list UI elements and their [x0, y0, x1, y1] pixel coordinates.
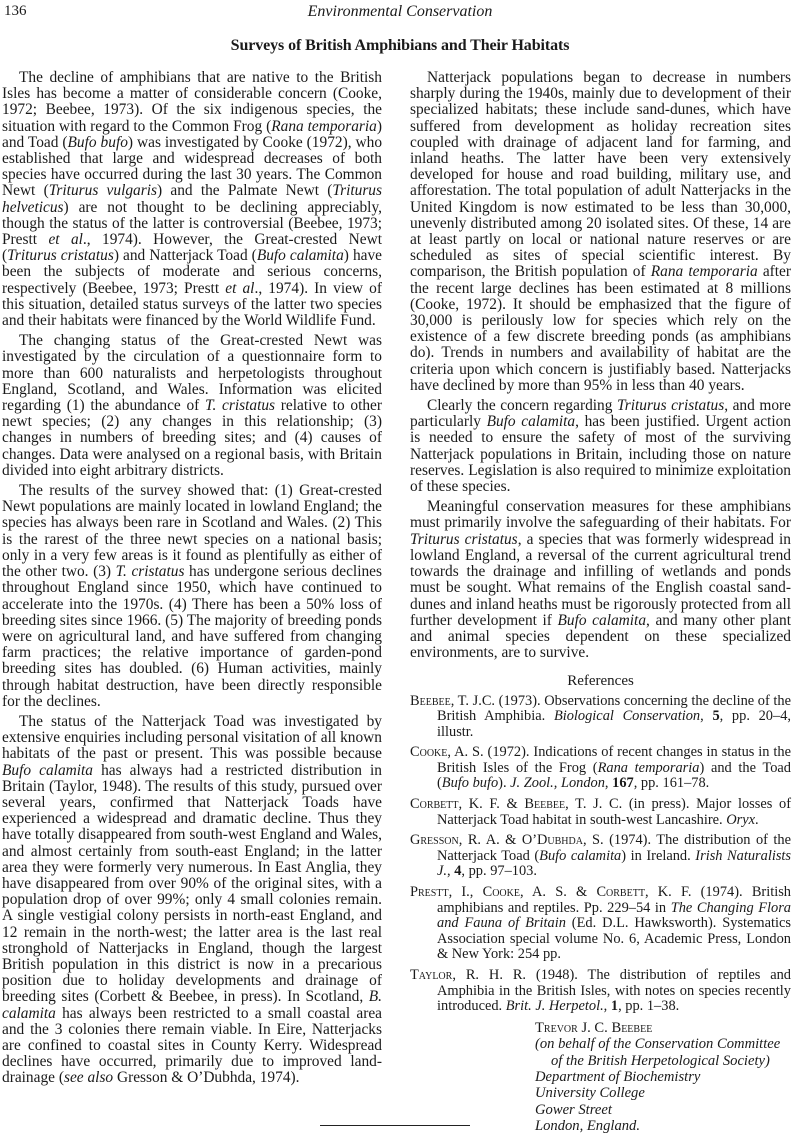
author-city: London, England. [535, 1118, 791, 1134]
paragraph: The changing status of the Great-crested… [2, 333, 382, 479]
reference-item: Taylor, R. H. R. (1948). The distributio… [410, 968, 791, 1015]
reference-item: Cooke, A. S. (1972). Indications of rece… [410, 745, 791, 792]
paragraph: The decline of amphibians that are nativ… [2, 70, 382, 329]
end-rule-divider [320, 1125, 470, 1126]
author-affiliation: (on behalf of the Conservation Committee [535, 1036, 791, 1052]
reference-item: Prestt, I., Cooke, A. S. & Corbett, K. F… [410, 885, 791, 963]
reference-item: Corbett, K. F. & Beebee, T. J. C. (in pr… [410, 797, 791, 828]
author-signature: Trevor J. C. Beebee (on behalf of the Co… [535, 1020, 791, 1135]
paragraph: Meaningful conservation measures for the… [410, 499, 791, 661]
paragraph: The results of the survey showed that: (… [2, 483, 382, 710]
reference-item: Beebee, T. J.C. (1973). Observations con… [410, 694, 791, 741]
reference-item: Gresson, R. A. & O’Dubhda, S. (1974). Th… [410, 833, 791, 880]
author-institution: University College [535, 1085, 791, 1101]
author-name: Trevor J. C. Beebee [535, 1020, 791, 1036]
paragraph: The status of the Natterjack Toad was in… [2, 714, 382, 1087]
article-title: Surveys of British Amphibians and Their … [0, 37, 800, 55]
paragraph: Clearly the concern regarding Triturus c… [410, 398, 791, 495]
author-street: Gower Street [535, 1102, 791, 1118]
author-affiliation-cont: of the British Herpetological Society) [535, 1053, 791, 1069]
references-heading: References [410, 673, 791, 689]
right-column: Natterjack populations began to decrease… [410, 70, 791, 1135]
left-column: The decline of amphibians that are nativ… [2, 70, 382, 1091]
author-department: Department of Biochemistry [535, 1069, 791, 1085]
running-head-journal: Environmental Conservation [0, 3, 800, 21]
paragraph: Natterjack populations began to decrease… [410, 70, 791, 394]
